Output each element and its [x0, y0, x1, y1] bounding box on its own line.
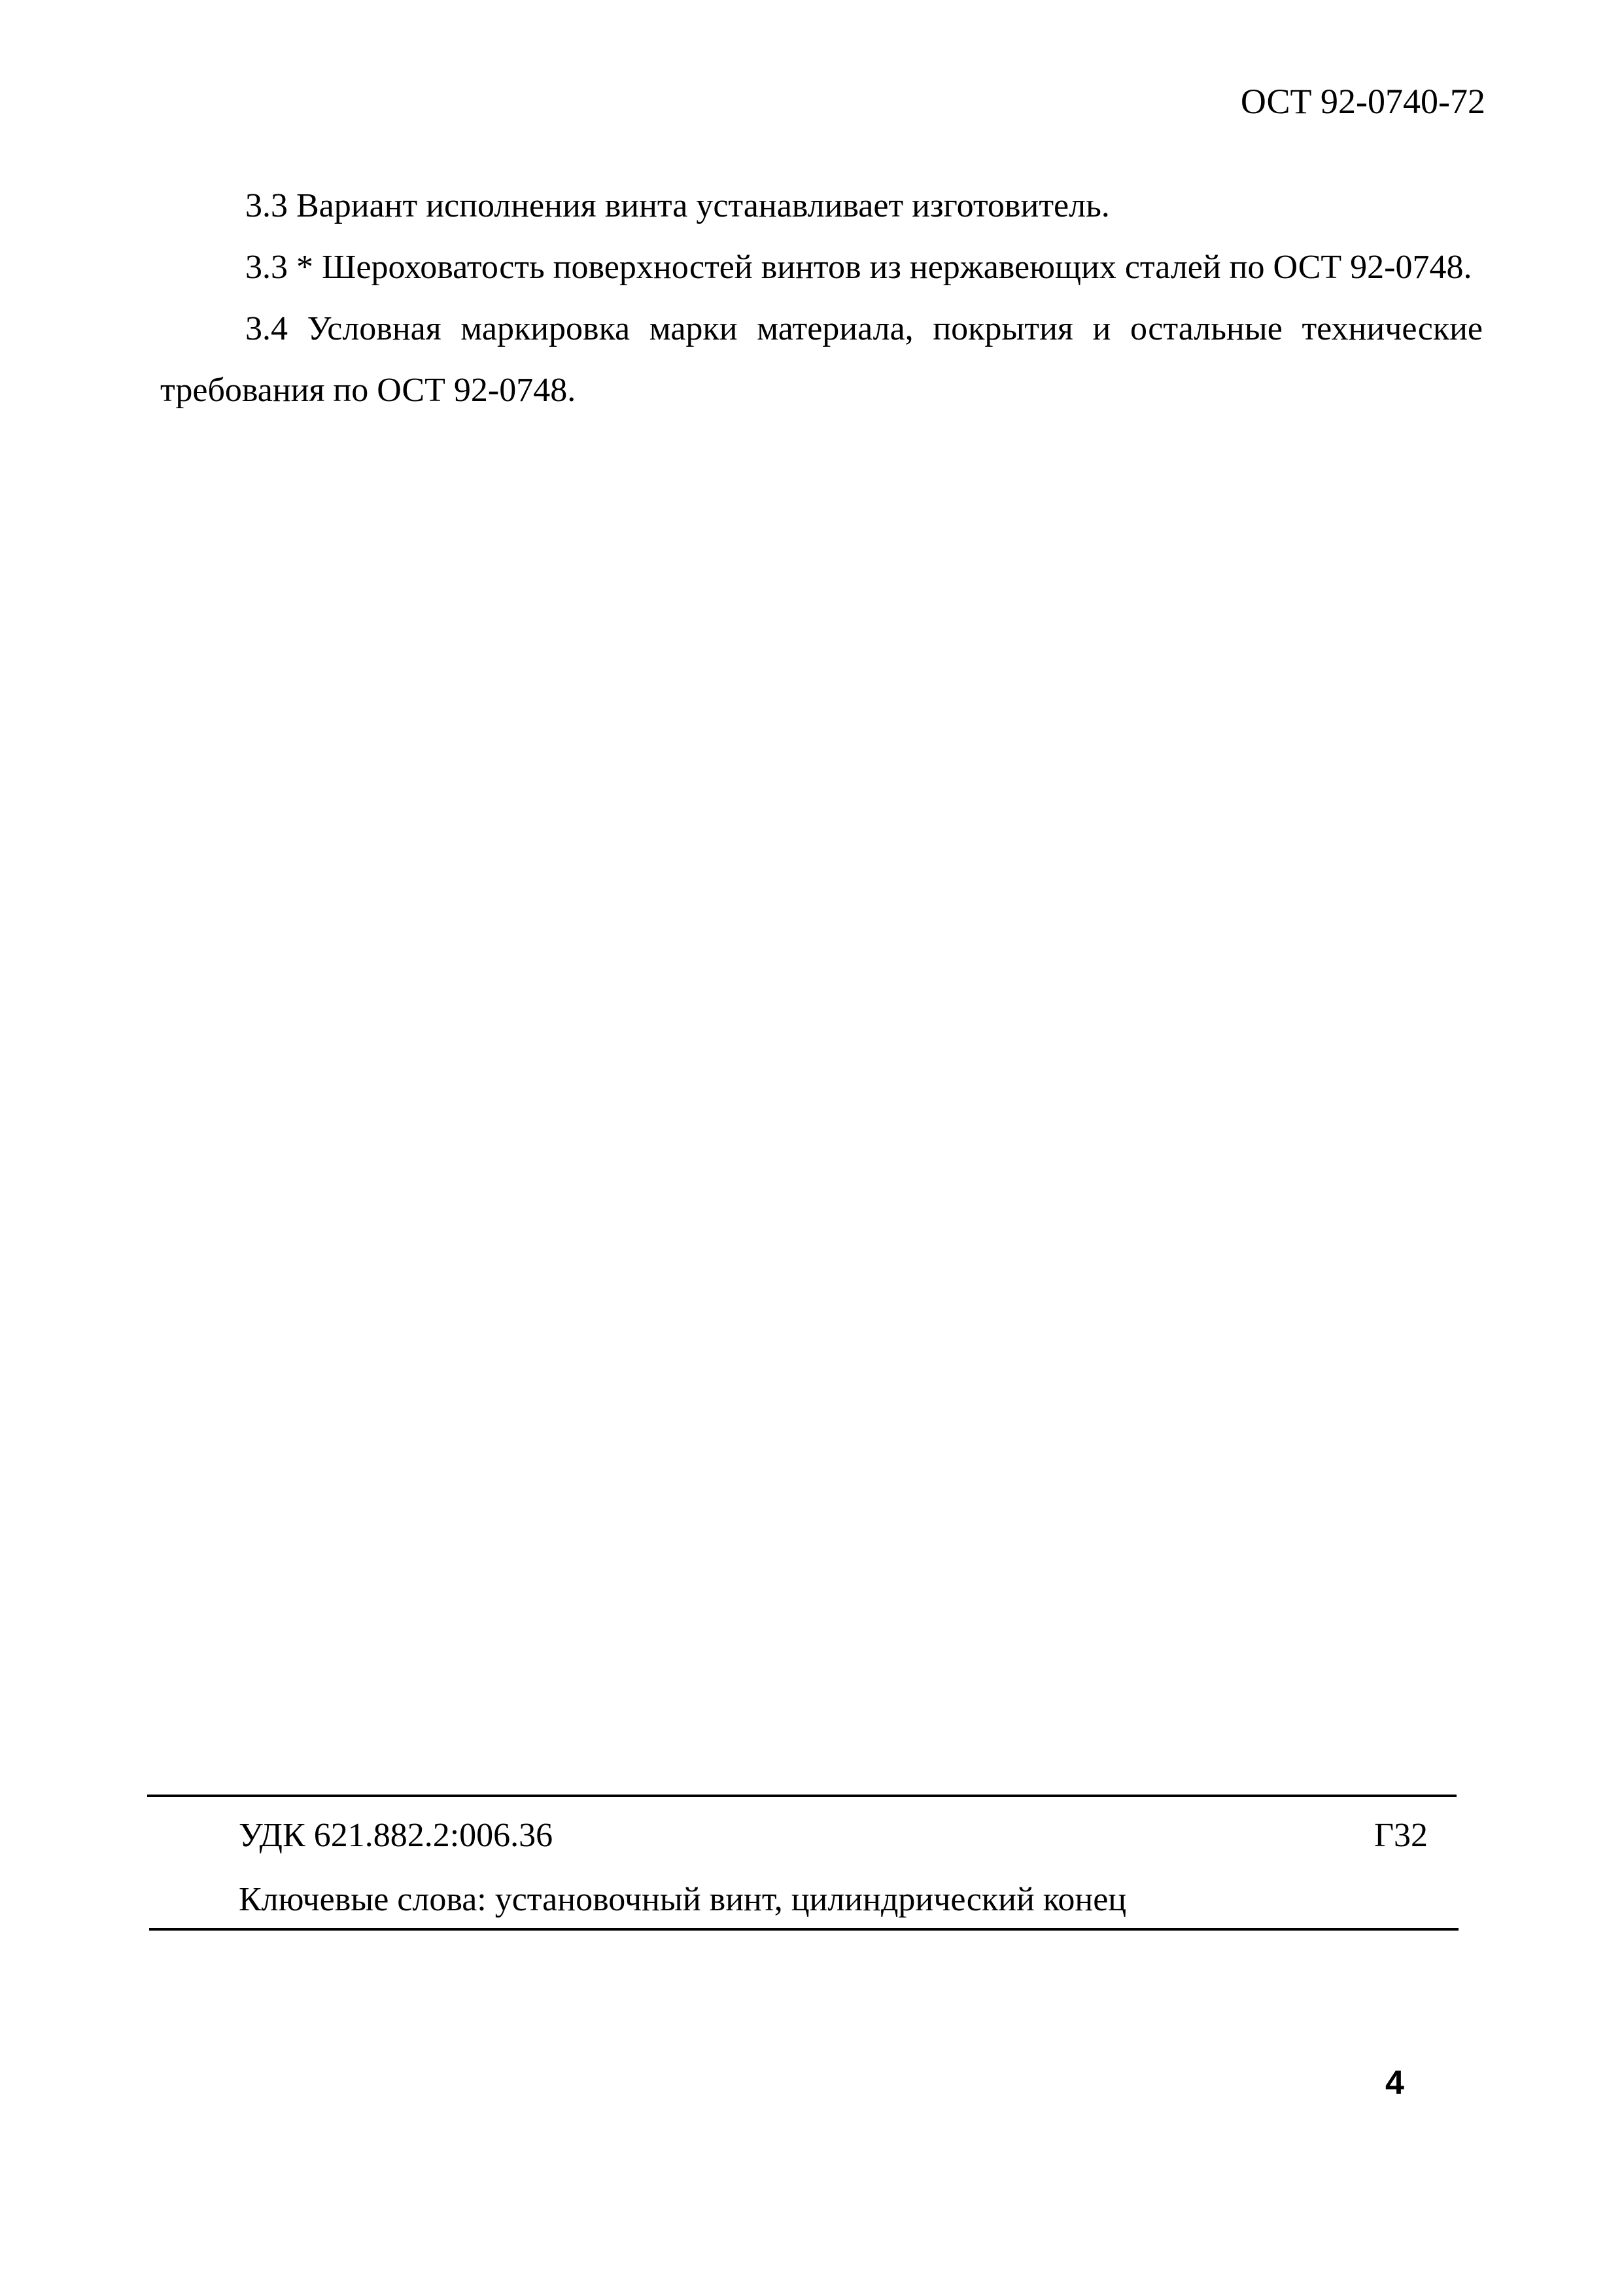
- document-page: ОСТ 92-0740-72 3.3 Вариант исполнения ви…: [0, 0, 1624, 2295]
- document-code-header: ОСТ 92-0740-72: [1241, 84, 1485, 119]
- keywords-line: Ключевые слова: установочный винт, цилин…: [239, 1883, 1126, 1917]
- footer-bottom-divider: [149, 1928, 1459, 1931]
- footer-top-divider: [147, 1795, 1457, 1797]
- paragraph-3-3-variant: 3.3 Вариант исполнения винта устанавлива…: [160, 175, 1483, 237]
- paragraph-3-3-roughness: 3.3 * Шероховатость поверхностей винтов …: [160, 237, 1483, 298]
- classification-code: Г32: [1374, 1819, 1428, 1853]
- body-text: 3.3 Вариант исполнения винта устанавлива…: [160, 175, 1483, 421]
- paragraph-3-4-marking: 3.4 Условная маркировка марки материала,…: [160, 298, 1483, 421]
- page-number: 4: [1385, 2066, 1404, 2100]
- udk-code: УДК 621.882.2:006.36: [239, 1819, 553, 1853]
